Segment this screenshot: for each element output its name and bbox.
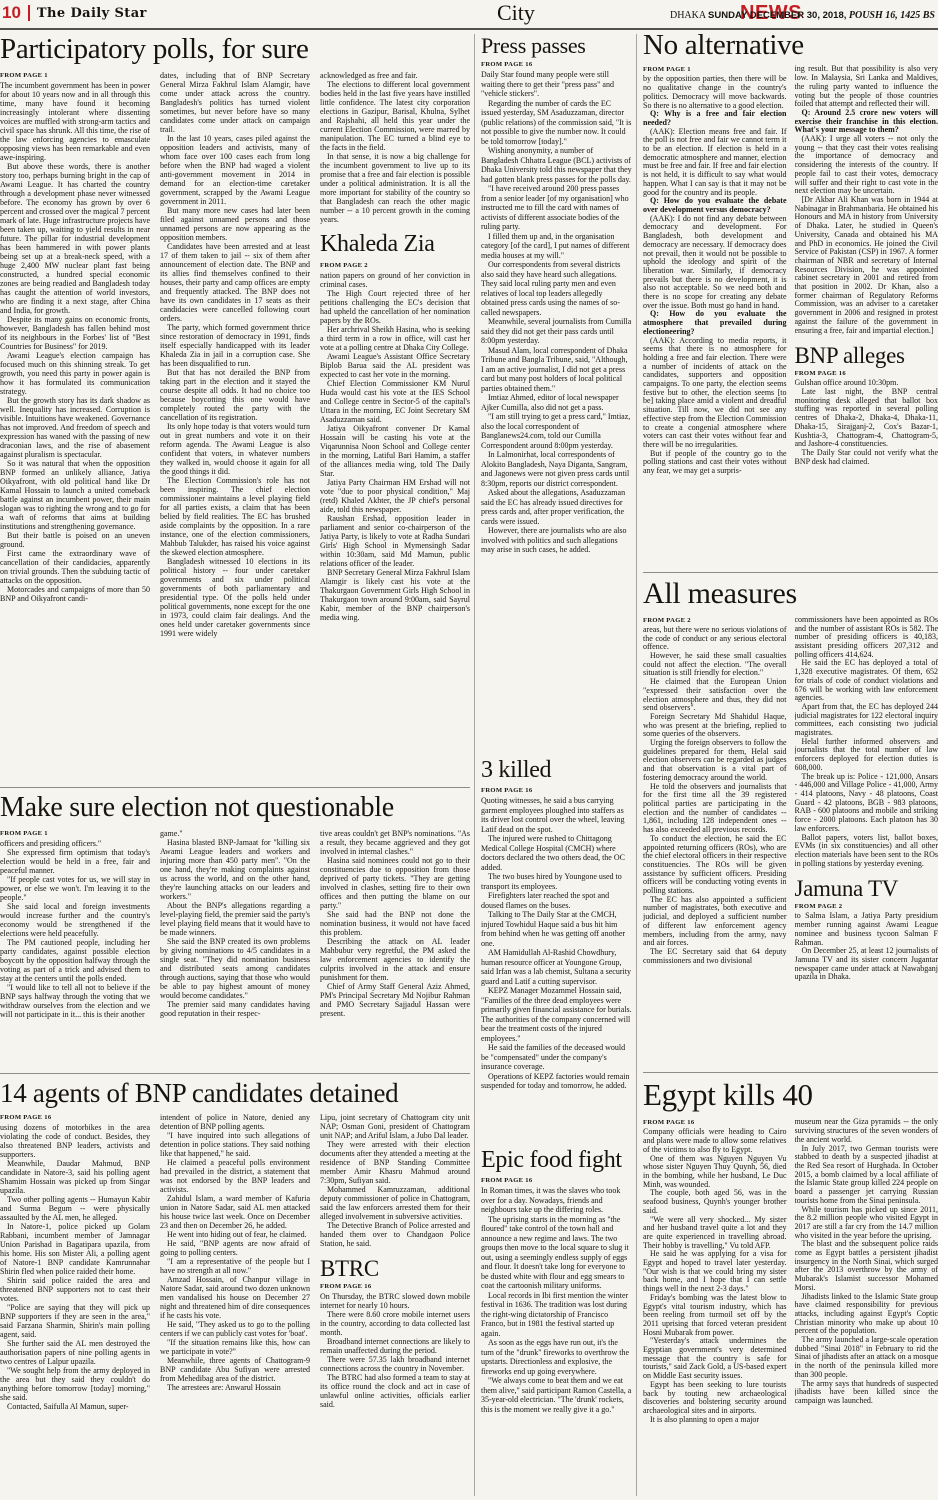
participatory-col1: FROM PAGE 1 The incumbent government has… (0, 71, 150, 783)
vertical-rule-mid (636, 34, 637, 1496)
make-sure-col3: tive areas couldn't get BNP's nomination… (320, 829, 470, 1069)
dateline-city: DHAKA (670, 10, 706, 21)
headline-bnp-alleges: BNP alleges (795, 344, 938, 368)
kicker-khaleda-zia: FROM PAGE 2 (320, 262, 470, 269)
participatory-col2: dates, including that of BNP Secretary G… (160, 71, 310, 783)
jamuna-tv-text: to Salma Islam, a Jatiya Party presidium… (795, 912, 938, 982)
egypt-columns: FROM PAGE 16 Company officials were head… (643, 1118, 938, 1480)
participatory-columns: FROM PAGE 1 The incumbent government has… (0, 71, 470, 783)
participatory-col3: acknowledged as free and fair.The electi… (320, 71, 470, 783)
headline-jamuna-tv: Jamuna TV (795, 877, 938, 901)
headline-egypt-kills-40: Egypt kills 40 (643, 1079, 938, 1112)
vertical-rule-left (474, 34, 475, 1496)
horizontal-rule-left-1 (0, 787, 470, 788)
kicker-3-killed: FROM PAGE 16 (481, 787, 632, 794)
kicker-participatory: FROM PAGE 1 (0, 72, 150, 79)
btrc-text: On Thursday, the BTRC slowed down mobile… (320, 1292, 470, 1409)
masthead-left: 10 The Daily Star (2, 3, 147, 23)
all-measures-columns: FROM PAGE 2 areas, but there were no ser… (643, 616, 938, 1068)
paper-logo: The Daily Star (37, 6, 147, 21)
no-alternative-columns: FROM PAGE 1 by the opposition parties, t… (643, 65, 938, 568)
headline-khaleda-zia: Khaleda Zia (320, 232, 470, 257)
no-alternative-col1-text: by the opposition parties, then there wi… (643, 75, 787, 475)
bnp-alleges-text: Gulshan office around 10:30pm.Late last … (795, 379, 938, 466)
right-region: No alternative FROM PAGE 1 by the opposi… (643, 30, 938, 1480)
make-sure-col1: FROM PAGE 1 officers and presiding offic… (0, 829, 150, 1069)
egypt-col1-text: Company officials were heading to Cairo … (643, 1128, 787, 1424)
kicker-bnp-alleges: FROM PAGE 16 (795, 370, 938, 377)
masthead-divider (28, 5, 30, 21)
14-agents-columns: FROM PAGE 16 using dozens of motorbikes … (0, 1113, 470, 1489)
kicker-all-measures: FROM PAGE 2 (643, 617, 787, 624)
page-number: 10 (2, 3, 21, 23)
horizontal-rule-left-2 (0, 1073, 470, 1074)
all-measures-col1: FROM PAGE 2 areas, but there were no ser… (643, 616, 787, 1068)
kicker-jamuna-tv: FROM PAGE 2 (795, 903, 938, 910)
14-agents-col1-text: using dozens of motorbikes in the area v… (0, 1123, 150, 1411)
14-agents-col2: intendent of police in Natore, denied an… (160, 1113, 310, 1489)
horizontal-rule-right-1 (643, 572, 938, 573)
horizontal-rule-right-2 (643, 1072, 938, 1073)
dateline-bangla: POUSH 16, 1425 BS (849, 10, 935, 21)
headline-all-measures: All measures (643, 578, 938, 610)
all-measures-col1-text: areas, but there were no serious violati… (643, 626, 787, 965)
kicker-14-agents: FROM PAGE 16 (0, 1114, 150, 1121)
section-label-city: City (497, 0, 535, 26)
participatory-col2-text: dates, including that of BNP Secretary G… (160, 71, 310, 638)
make-sure-col2-text: game."Hasina blasted BNP-Jamaat for "kil… (160, 829, 310, 1018)
14-agents-col2-text: intendent of police in Natore, denied an… (160, 1113, 310, 1392)
dateline: DHAKA SUNDAY DECEMBER 30, 2018, POUSH 16… (670, 10, 935, 21)
kicker-epic-food-fight: FROM PAGE 16 (481, 1177, 632, 1184)
kicker-no-alternative: FROM PAGE 1 (643, 66, 787, 73)
headline-no-alternative: No alternative (643, 30, 938, 60)
kicker-btrc: FROM PAGE 16 (320, 1283, 470, 1290)
3-killed-text: Quoting witnesses, he said a bus carryin… (481, 796, 632, 1140)
kicker-egypt: FROM PAGE 16 (643, 1119, 787, 1126)
participatory-col1-text: The incumbent government has been in pow… (0, 81, 150, 603)
newspaper-page: 10 The Daily Star City NEWS DHAKA SUNDAY… (0, 0, 938, 1500)
kicker-make-sure: FROM PAGE 1 (0, 830, 150, 837)
headline-3-killed: 3 killed (481, 758, 632, 783)
headline-epic-food-fight: Epic food fight (481, 1148, 632, 1173)
egypt-col2: museum near the Giza pyramids -- the onl… (795, 1118, 938, 1480)
dateline-date: SUNDAY DECEMBER 30, 2018, (708, 10, 846, 21)
headline-btrc: BTRC (320, 1257, 470, 1281)
headline-14-agents: 14 agents of BNP candidates detained (0, 1079, 470, 1107)
make-sure-columns: FROM PAGE 1 officers and presiding offic… (0, 829, 470, 1069)
make-sure-col1-text: officers and presiding officers."She exp… (0, 839, 150, 1019)
14-agents-col3: Lipu, joint secretary of Chattogram city… (320, 1113, 470, 1489)
headline-participatory-polls: Participatory polls, for sure (0, 34, 470, 64)
make-sure-col3-text: tive areas couldn't get BNP's nomination… (320, 829, 470, 1018)
press-passes-text: Daily Star found many people were still … (481, 70, 632, 750)
headline-make-sure-election: Make sure election not questionable (0, 793, 470, 822)
make-sure-col2: game."Hasina blasted BNP-Jamaat for "kil… (160, 829, 310, 1069)
middle-region: Press passes FROM PAGE 16 Daily Star fou… (481, 34, 632, 1486)
masthead: 10 The Daily Star City NEWS DHAKA SUNDAY… (0, 0, 938, 30)
14-agents-col1: FROM PAGE 16 using dozens of motorbikes … (0, 1113, 150, 1489)
participatory-col3-text: acknowledged as free and fair.The electi… (320, 71, 470, 224)
no-alternative-col2: ing result. But that possibility is also… (795, 65, 938, 568)
all-measures-col2: commissioners have been appointed as ROs… (795, 616, 938, 1068)
no-alternative-col1: FROM PAGE 1 by the opposition parties, t… (643, 65, 787, 568)
egypt-col2-text: museum near the Giza pyramids -- the onl… (795, 1118, 938, 1405)
headline-press-passes: Press passes (481, 34, 632, 57)
khaleda-zia-text: nation papers on ground of her convictio… (320, 271, 470, 622)
epic-food-fight-text: In Roman times, it was the slaves who to… (481, 1186, 632, 1486)
kicker-press-passes: FROM PAGE 16 (481, 61, 632, 68)
all-measures-col2-text: commissioners have been appointed as ROs… (795, 616, 938, 868)
egypt-col1: FROM PAGE 16 Company officials were head… (643, 1118, 787, 1480)
14-agents-col3-text: Lipu, joint secretary of Chattogram city… (320, 1113, 470, 1248)
left-region: Participatory polls, for sure FROM PAGE … (0, 34, 470, 1489)
no-alternative-col2-text: ing result. But that possibility is also… (795, 65, 938, 335)
